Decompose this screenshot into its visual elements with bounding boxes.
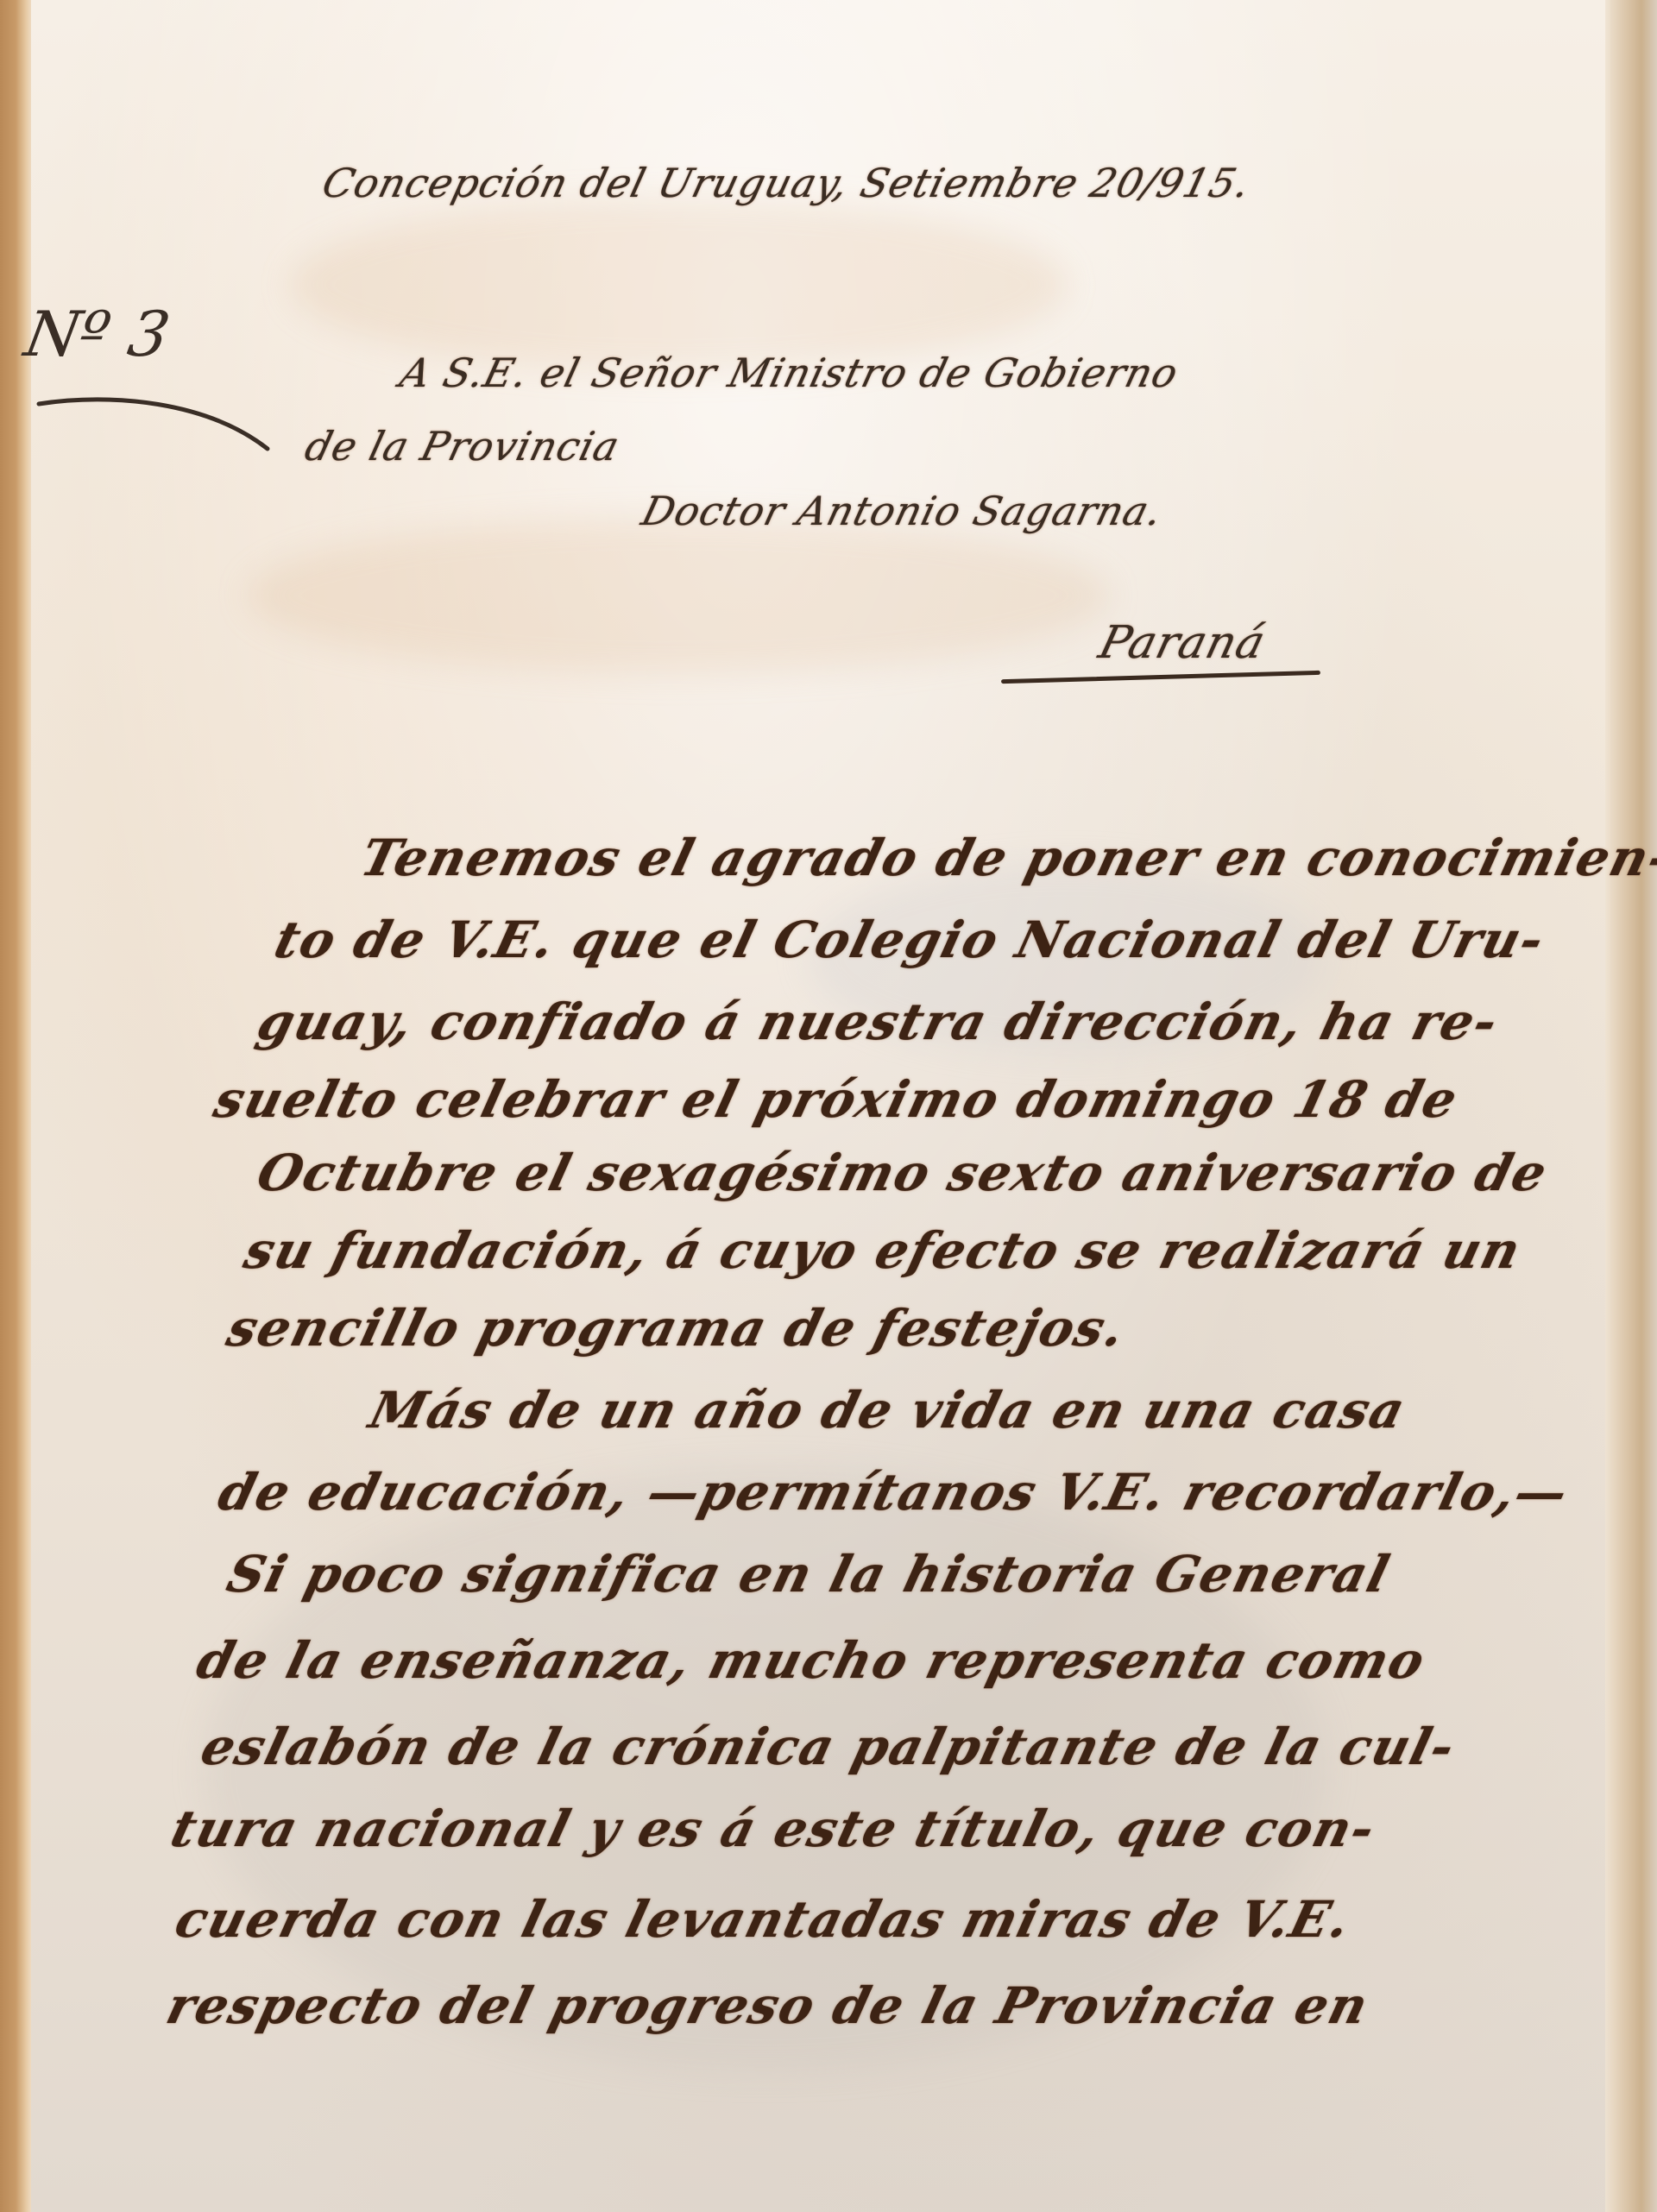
paper-stain bbox=[290, 199, 1067, 371]
addressee-line-3: Doctor Antonio Sagarna. bbox=[637, 488, 1168, 534]
body-line: cuerda con las levantadas miras de V.E. bbox=[170, 1890, 1358, 1949]
addressee-line-1: A S.E. el Señor Ministro de Gobierno bbox=[395, 350, 1183, 396]
document-number: Nº 3 bbox=[20, 298, 175, 370]
place-date-line: Concepción del Uruguay, Setiembre 20/915… bbox=[318, 160, 1255, 206]
destination-city: Paraná bbox=[1094, 617, 1271, 669]
body-line: su fundación, á cuyo efecto se realizará… bbox=[239, 1221, 1528, 1280]
body-line: tura nacional y es á este título, que co… bbox=[166, 1799, 1383, 1858]
body-line: Tenemos el agrado de poner en conocimien… bbox=[356, 829, 1657, 887]
body-line: Octubre el sexagésimo sexto aniversario … bbox=[252, 1144, 1554, 1202]
paper-stain bbox=[247, 518, 1110, 673]
number-flourish-icon bbox=[35, 388, 276, 466]
body-line: to de V.E. que el Colegio Nacional del U… bbox=[269, 911, 1552, 969]
body-line: suelto celebrar el próximo domingo 18 de bbox=[209, 1070, 1465, 1129]
body-line: guay, confiado á nuestra dirección, ha r… bbox=[252, 993, 1505, 1051]
body-line: Más de un año de vida en una casa bbox=[364, 1381, 1413, 1440]
body-line: de educación, —permítanos V.E. recordarl… bbox=[213, 1463, 1575, 1522]
body-line: eslabón de la crónica palpitante de la c… bbox=[196, 1717, 1462, 1776]
body-line: de la enseñanza, mucho representa como bbox=[192, 1631, 1433, 1690]
frame-edge-right bbox=[1605, 0, 1657, 2212]
body-line: respecto del progreso de la Provincia en bbox=[161, 1976, 1376, 2035]
body-line: sencillo programa de festejos. bbox=[222, 1299, 1132, 1358]
addressee-line-2: de la Provincia bbox=[300, 423, 624, 469]
body-line: Si poco significa en la historia General bbox=[222, 1545, 1396, 1604]
